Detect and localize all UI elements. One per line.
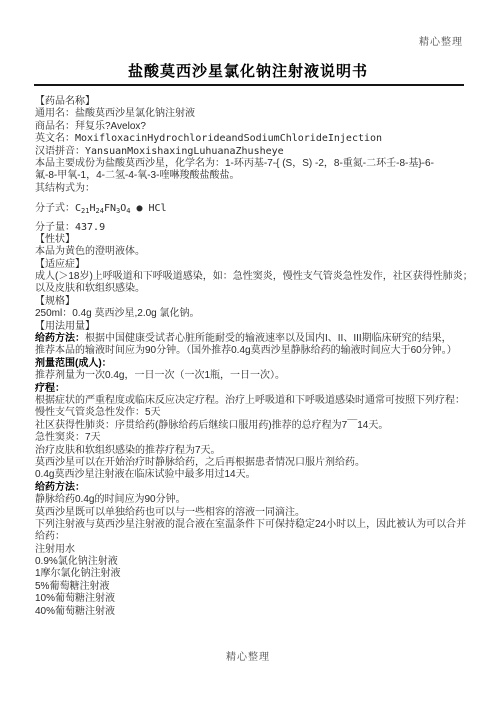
doc-line: 0.4g莫西沙星注射液在临床试验中最多用过14天。: [35, 469, 480, 481]
doc-body: 【药品名称】通用名：盐酸莫西沙星氯化钠注射液商品名：拜复乐?Avelox?英文名…: [35, 96, 480, 618]
doc-line: 10%葡萄糖注射液: [35, 593, 480, 605]
subheading: 给药方法：: [35, 482, 480, 494]
doc-line: 分子式：C21H24FN3O4 ● HCl: [35, 203, 480, 215]
section-heading: 【药品名称】: [35, 96, 480, 108]
subheading: 疗程：: [35, 383, 480, 395]
molecular-formula: C21H24FN3O4 ● HCl: [75, 203, 167, 214]
section-heading: 【用法用量】: [35, 321, 480, 333]
doc-line: 急性窦炎：7天: [35, 432, 480, 444]
doc-line: 以及皮肤和软组织感染。: [35, 283, 480, 295]
spacer: [35, 195, 480, 203]
doc-line: 给药方法：根据中国健康受试者心脏所能耐受的输液速率以及国内I、II、III期临床…: [35, 333, 480, 345]
doc-line: 本品为黄色的澄明液体。: [35, 246, 480, 258]
doc-line: 本品主要成份为盐酸莫西沙星，化学名为：1-环丙基-7-{ (S，S) -2，8-…: [35, 158, 480, 170]
doc-line: 分子量：437.9: [35, 222, 480, 234]
doc-line: 商品名：拜复乐?Avelox?: [35, 121, 480, 133]
section-heading: 【适应症】: [35, 259, 480, 271]
english-name: MoxifloxacinHydrochlorideandSodiumChlori…: [75, 133, 382, 144]
subheading-label: 给药方法：: [35, 333, 85, 344]
pinyin-name: YansuanMoxishaxingLuhuanaZhusheye: [85, 146, 284, 157]
section-heading: 【性状】: [35, 234, 480, 246]
doc-line: 汉语拼音：YansuanMoxishaxingLuhuanaZhusheye: [35, 146, 480, 158]
doc-line: 英文名：MoxifloxacinHydrochlorideandSodiumCh…: [35, 133, 480, 145]
doc-line: 社区获得性肺炎：序贯给药(静脉给药后继续口服用药)推荐的总疗程为7￣14天。: [35, 420, 480, 432]
doc-line: 1摩尔氯化钠注射液: [35, 568, 480, 580]
doc-line: 40%葡萄糖注射液: [35, 606, 480, 618]
doc-line: 给药：: [35, 531, 480, 543]
subheading: 剂量范围(成人)：: [35, 358, 480, 370]
doc-line: 推荐剂量为一次0.4g，一日一次（一次1瓶，一日一次）。: [35, 370, 480, 382]
doc-line: 氟-8-甲氧-1，4-二氢-4-氧-3-喹啉羧酸盐酸盐。: [35, 170, 480, 182]
doc-line: 注射用水: [35, 544, 480, 556]
doc-line: 成人(＞18岁)上呼吸道和下呼吸道感染，如：急性窦炎，慢性支气管炎急性发作，社区…: [35, 271, 480, 283]
footer-note: 精心整理: [0, 648, 496, 663]
doc-line: 推荐本品的输液时间应为90分钟。（国外推荐0.4g莫西沙星静脉给药的输液时间应大…: [35, 345, 480, 357]
doc-line: 其结构式为：: [35, 183, 480, 195]
doc-line: 慢性支气管炎急性发作：5天: [35, 407, 480, 419]
page-title: 盐酸莫西沙星氯化钠注射液说明书: [0, 60, 496, 81]
doc-line: 根据症状的严重程度或临床反应决定疗程。治疗上呼吸道和下呼吸道感染时通常可按照下列…: [35, 395, 480, 407]
doc-line: 250ml：0.4g 莫西沙星,2.0g 氯化钠。: [35, 308, 480, 320]
section-heading: 【规格】: [35, 296, 480, 308]
doc-line: 莫西沙星既可以单独给药也可以与一些相容的溶液一同滴注。: [35, 507, 480, 519]
header-note: 精心整理: [419, 33, 463, 48]
doc-line: 治疗皮肤和软组织感染的推荐疗程为7天。: [35, 445, 480, 457]
doc-line: 下列注射液与莫西沙星注射液的混合液在室温条件下可保持稳定24小时以上，因此被认为…: [35, 519, 480, 531]
molecular-weight: 437.9: [75, 222, 105, 233]
doc-line: 莫西沙星可以在开始治疗时静脉给药，之后再根据患者情况口服片剂给药。: [35, 457, 480, 469]
title-divider: [34, 84, 464, 86]
doc-line: 5%葡萄糖注射液: [35, 581, 480, 593]
doc-line: 静脉给药0.4g的时间应为90分钟。: [35, 494, 480, 506]
doc-line: 通用名：盐酸莫西沙星氯化钠注射液: [35, 108, 480, 120]
doc-line: 0.9%氯化钠注射液: [35, 556, 480, 568]
document-page: 精心整理 盐酸莫西沙星氯化钠注射液说明书 【药品名称】通用名：盐酸莫西沙星氯化钠…: [0, 0, 496, 702]
